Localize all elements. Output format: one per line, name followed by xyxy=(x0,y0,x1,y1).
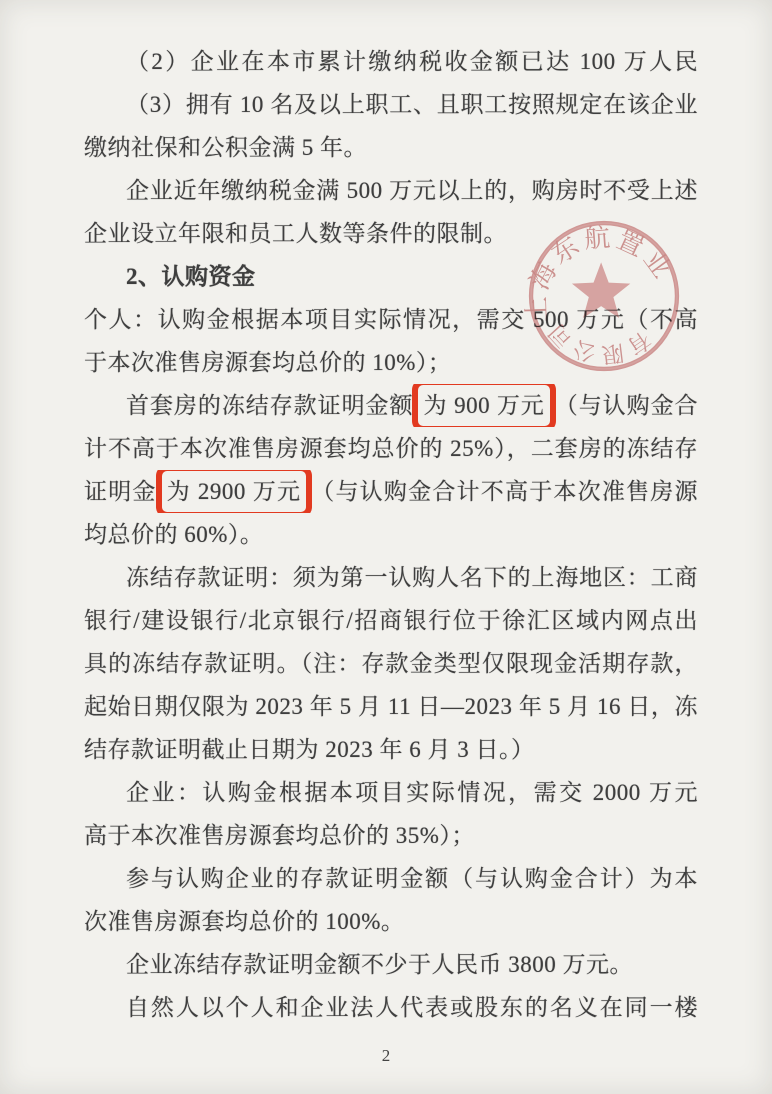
text-line: 企业：认购金根据本项目实际情况，需交 2000 万元（不 xyxy=(84,771,698,814)
text-line: 结存款证明截止日期为 2023 年 6 月 3 日。） xyxy=(84,728,698,771)
page-number: 2 xyxy=(0,1046,772,1066)
text-run: 企业：认购金根据本项目实际情况，需交 2000 万元（不 xyxy=(84,780,698,814)
text-run: 企业冻结存款证明金额不少于人民币 3800 万元。 xyxy=(126,952,633,977)
text-run: 结存款证明截止日期为 2023 年 6 月 3 日。） xyxy=(84,737,535,762)
text-line: 具的冻结存款证明。（注：存款金类型仅限现金活期存款， xyxy=(84,642,698,685)
text-run: （与认购金合 xyxy=(555,393,698,418)
text-line: 起始日期仅限为 2023 年 5 月 11 日—2023 年 5 月 16 日，… xyxy=(84,685,698,728)
text-line: 自然人以个人和企业法人代表或股东的名义在同一楼 xyxy=(84,986,698,1029)
document-page: （2）企业在本市累计缴纳税收金额已达 100 万人民币；（3）拥有 10 名及以… xyxy=(0,0,772,1094)
text-line: （3）拥有 10 名及以上职工、且职工按照规定在该企业 xyxy=(84,83,698,126)
text-run: 高于本次准售房源套均总价的 35%）； xyxy=(84,823,475,848)
text-run: 企业近年缴纳税金满 500 万元以上的，购房时不受上述 xyxy=(126,178,698,203)
text-run: 具的冻结存款证明。（注：存款金类型仅限现金活期存款， xyxy=(84,651,698,676)
text-line: 2、认购资金 xyxy=(84,255,698,298)
text-run: 参与认购企业的存款证明金额（与认购金合计）为本 xyxy=(126,866,698,891)
text-run: 自然人以个人和企业法人代表或股东的名义在同一楼 xyxy=(126,995,698,1020)
text-line: 于本次准售房源套均总价的 10%）； xyxy=(84,341,698,384)
text-line: 计不高于本次准售房源套均总价的 25%），二套房的冻结存款 xyxy=(84,427,698,470)
text-line: 个人：认购金根据本项目实际情况，需交 500 万元（不高 xyxy=(84,298,698,341)
text-run: 次准售房源套均总价的 100%。 xyxy=(84,909,404,934)
highlight-box: 为 900 万元 xyxy=(412,384,555,427)
text-line: 冻结存款证明：须为第一认购人名下的上海地区：工商 xyxy=(84,556,698,599)
text-line: 参与认购企业的存款证明金额（与认购金合计）为本 xyxy=(84,857,698,900)
text-line: 企业设立年限和员工人数等条件的限制。 xyxy=(84,212,698,255)
text-line: 企业近年缴纳税金满 500 万元以上的，购房时不受上述 xyxy=(84,169,698,212)
text-line: 证明金为 2900 万元（与认购金合计不高于本次准售房源套 xyxy=(84,470,698,513)
text-run: （2）企业在本市累计缴纳税收金额已达 100 万人民币； xyxy=(84,49,698,83)
text-run: 冻结存款证明：须为第一认购人名下的上海地区：工商 xyxy=(126,565,698,590)
text-run: 证明金 xyxy=(84,479,157,504)
text-run: 2、认购资金 xyxy=(126,264,256,289)
text-line: （2）企业在本市累计缴纳税收金额已达 100 万人民币； xyxy=(84,40,698,83)
highlight-box: 为 2900 万元 xyxy=(156,470,313,513)
text-run: 均总价的 60%）。 xyxy=(84,522,263,547)
text-line: 银行/建设银行/北京银行/招商银行位于徐汇区域内网点出 xyxy=(84,599,698,642)
text-line: 企业冻结存款证明金额不少于人民币 3800 万元。 xyxy=(84,943,698,986)
text-line: 次准售房源套均总价的 100%。 xyxy=(84,900,698,943)
text-line: 首套房的冻结存款证明金额为 900 万元（与认购金合 xyxy=(84,384,698,427)
text-line: 均总价的 60%）。 xyxy=(84,513,698,556)
text-run: 企业设立年限和员工人数等条件的限制。 xyxy=(84,221,507,246)
text-run: 起始日期仅限为 2023 年 5 月 11 日—2023 年 5 月 16 日，… xyxy=(84,694,698,719)
text-run: 计不高于本次准售房源套均总价的 25%），二套房的冻结存款 xyxy=(84,436,698,470)
text-run: 银行/建设银行/北京银行/招商银行位于徐汇区域内网点出 xyxy=(84,608,698,633)
text-run: 于本次准售房源套均总价的 10%）； xyxy=(84,350,451,375)
text-run: 首套房的冻结存款证明金额 xyxy=(126,393,413,418)
text-run: （3）拥有 10 名及以上职工、且职工按照规定在该企业 xyxy=(126,92,698,117)
text-line: 高于本次准售房源套均总价的 35%）； xyxy=(84,814,698,857)
document-body: （2）企业在本市累计缴纳税收金额已达 100 万人民币；（3）拥有 10 名及以… xyxy=(84,40,698,1029)
text-run: 个人：认购金根据本项目实际情况，需交 500 万元（不高 xyxy=(84,307,698,332)
text-run: 缴纳社保和公积金满 5 年。 xyxy=(84,135,367,160)
text-line: 缴纳社保和公积金满 5 年。 xyxy=(84,126,698,169)
